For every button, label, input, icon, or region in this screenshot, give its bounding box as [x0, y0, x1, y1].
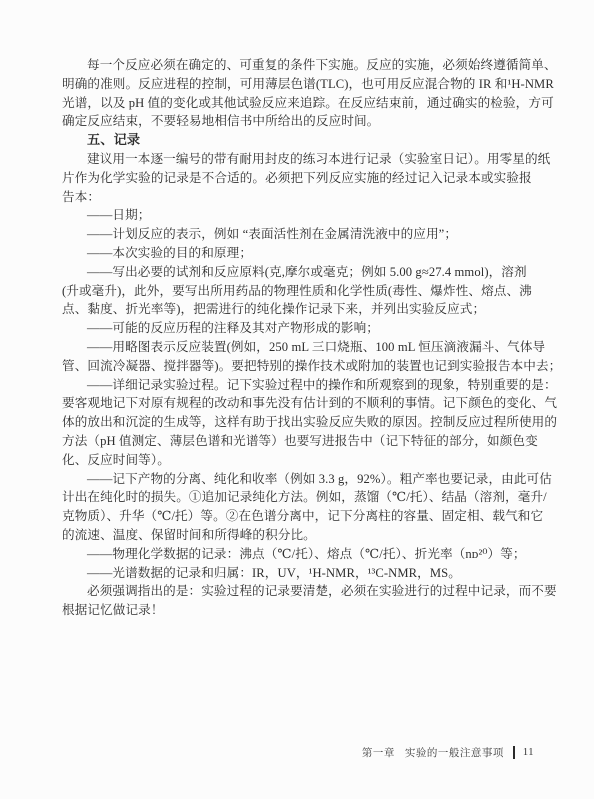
text-line: ——详细记录实验过程。记下实验过程中的操作和所观察到的现象，特别重要的是： [62, 376, 536, 395]
text-line: 五、记录 [62, 131, 536, 150]
text-line: 克物质）、升华（℃/托）等。②在色谱分离中，记下分离柱的容量、固定相、载气和它 [62, 507, 536, 526]
page-footer: 第一章 实验的一般注意事项 11 [62, 745, 534, 760]
text-line: ——写出必要的试剂和反应原料(克,摩尔或毫克；例如 5.00 g≈27.4 mm… [62, 263, 536, 282]
text-line: 要客观地记下对原有规程的改动和事先没有估计到的不顺利的事情。记下颜色的变化、气 [62, 394, 536, 413]
footer-page-number: 11 [523, 747, 534, 758]
text-line: 确定反应结束，不要轻易地相信书中所给出的反应时间。 [62, 112, 536, 131]
text-line: 每一个反应必须在确定的、可重复的条件下实施。反应的实施，必须始终遵循简单、 [62, 56, 536, 75]
text-line: ——可能的反应历程的注释及其对产物形成的影响； [62, 319, 536, 338]
text-line: 化、反应时间等）。 [62, 451, 536, 470]
text-line: 的流速、温度、保留时间和所得峰的积分比。 [62, 526, 536, 545]
text-line: 根据记忆做记录！ [62, 601, 536, 620]
footer-section: 实验的一般注意事项 [405, 745, 504, 760]
text-line: (升或毫升)，此外，要写出所用药品的物理性质和化学性质(毒性、爆炸性、熔点、沸 [62, 282, 536, 301]
text-line: 光谱，以及 pH 值的变化或其他试验反应来追踪。在反应结束前，通过确实的检验，方… [62, 94, 536, 113]
text-line: 告本： [62, 188, 536, 207]
text-line: 片作为化学实验的记录是不合适的。必须把下列反应实施的经过记入记录本或实验报 [62, 169, 536, 188]
text-line: 管、回流冷凝器、搅拌器等)。要把特别的操作技术或附加的装置也记到实验报告本中去； [62, 357, 536, 376]
text-line: ——物理化学数据的记录：沸点（℃/托）、熔点（℃/托）、折光率（nᴅ²⁰）等； [62, 545, 536, 564]
text-line: 点、黏度、折光率等)，把需进行的纯化操作记录下来，并列出实验反应式； [62, 300, 536, 319]
text-line: 必须强调指出的是：实验过程的记录要清楚，必须在实验进行的过程中记录，而不要 [62, 582, 536, 601]
text-line: ——本次实验的目的和原理； [62, 244, 536, 263]
text-line: 计出在纯化时的损失。①追加记录纯化方法。例如，蒸馏（℃/托）、结晶（溶剂，毫升/ [62, 488, 536, 507]
text-line: ——记下产物的分离、纯化和收率（例如 3.3 g，92%）。粗产率也要记录，由此… [62, 470, 536, 489]
text-block: 每一个反应必须在确定的、可重复的条件下实施。反应的实施，必须始终遵循简单、明确的… [62, 56, 536, 620]
text-line: ——用略图表示反应装置(例如，250 mL 三口烧瓶、100 mL 恒压滴液漏斗… [62, 338, 536, 357]
text-line: 方法（pH 值测定、薄层色谱和光谱等）也要写进报告中（记下特征的部分，如颜色变 [62, 432, 536, 451]
text-line: ——计划反应的表示，例如 “表面活性剂在金属清洗液中的应用”； [62, 225, 536, 244]
text-line: 明确的准则。反应进程的控制，可用薄层色谱(TLC)，也可用反应混合物的 IR 和… [62, 75, 536, 94]
text-line: ——光谱数据的记录和归属：IR，UV，¹H-NMR，¹³C-NMR，MS。 [62, 564, 536, 583]
book-page: 每一个反应必须在确定的、可重复的条件下实施。反应的实施，必须始终遵循简单、明确的… [0, 0, 594, 799]
text-line: 建议用一本逐一编号的带有耐用封皮的练习本进行记录（实验室日记）。用零星的纸 [62, 150, 536, 169]
footer-divider [513, 746, 515, 759]
footer-chapter: 第一章 [362, 745, 395, 760]
text-line: 体的放出和沉淀的生成等，这样有助于找出实验反应失败的原因。控制反应过程所使用的 [62, 413, 536, 432]
text-line: ——日期； [62, 206, 536, 225]
